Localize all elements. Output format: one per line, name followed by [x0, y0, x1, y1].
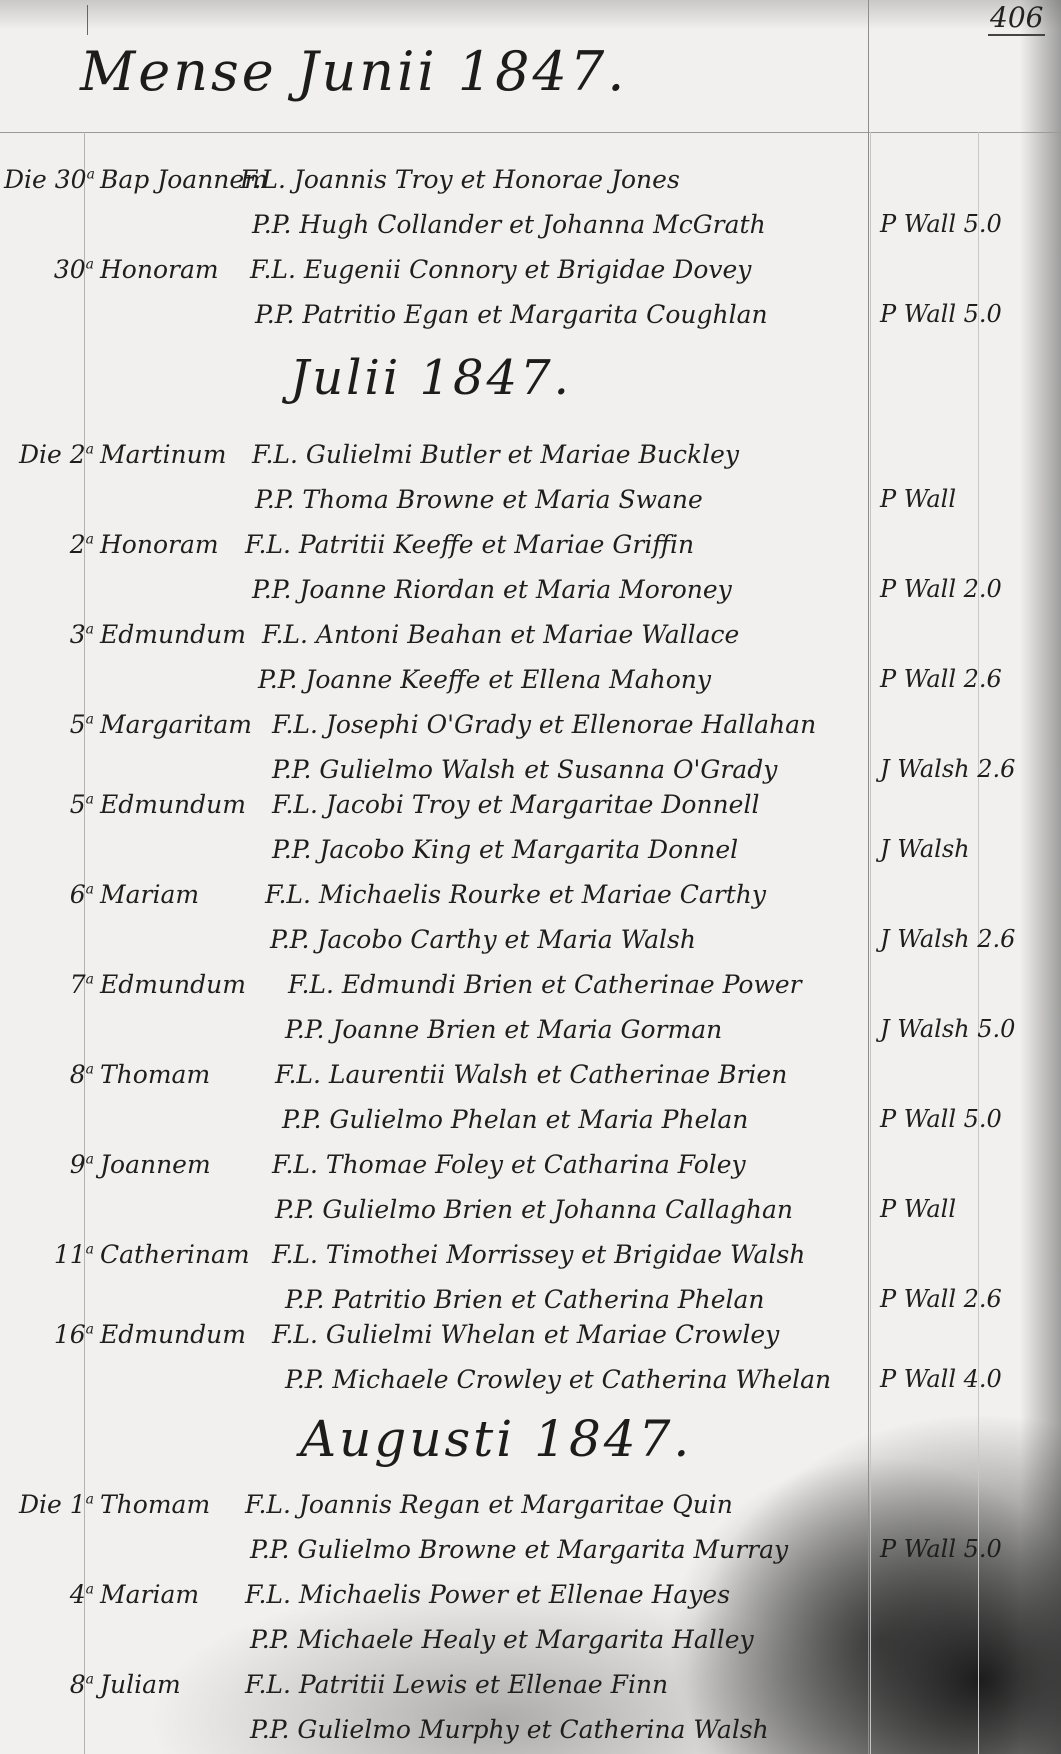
entry-child-name: Juliam — [100, 1670, 181, 1699]
entry-parents: F.L. Patritii Keeffe et Mariae Griffin — [245, 530, 694, 559]
entry-parents: F.L. Timothei Morrissey et Brigidae Wals… — [272, 1240, 805, 1269]
entry-priest-fee: J Walsh 2.6 — [880, 925, 1015, 953]
entry-date: Die 1a — [4, 1490, 94, 1519]
entry-priest-fee: J Walsh 2.6 — [880, 755, 1015, 783]
entry-date: 5a — [4, 710, 94, 739]
register-entry: 5a Margaritam F.L. Josephi O'Grady et El… — [0, 710, 1061, 800]
entry-parents: F.L. Gulielmi Whelan et Mariae Crowley — [272, 1320, 779, 1349]
entry-sponsors: P.P. Joanne Brien et Maria Gorman — [285, 1015, 722, 1044]
register-entry: 5a Edmundum F.L. Jacobi Troy et Margarit… — [0, 790, 1061, 880]
register-entry: 4a Mariam F.L. Michaelis Power et Ellena… — [0, 1580, 1061, 1670]
entry-child-name: Honoram — [100, 255, 219, 284]
entry-parents: F.L. Michaelis Rourke et Mariae Carthy — [265, 880, 766, 909]
entry-priest-fee: P Wall 5.0 — [880, 1535, 1002, 1563]
entry-sponsors: P.P. Jacobo Carthy et Maria Walsh — [270, 925, 696, 954]
register-entry: Die 30a Bap Joannem F.L. Joannis Troy et… — [0, 165, 1061, 255]
entry-date: 5a — [4, 790, 94, 819]
entry-sponsors: P.P. Hugh Collander et Johanna McGrath — [252, 210, 766, 239]
entry-parents: F.L. Laurentii Walsh et Catherinae Brien — [275, 1060, 787, 1089]
entry-sponsors: P.P. Michaele Crowley et Catherina Whela… — [285, 1365, 831, 1394]
register-entry: 8a Thomam F.L. Laurentii Walsh et Cather… — [0, 1060, 1061, 1150]
entry-date: 4a — [4, 1580, 94, 1609]
entry-child-name: Mariam — [100, 880, 199, 909]
register-entry: 9a Joannem F.L. Thomae Foley et Catharin… — [0, 1150, 1061, 1240]
page-number: 406 — [988, 2, 1045, 36]
entry-date: Die 2a — [4, 440, 94, 469]
entry-sponsors: P.P. Thoma Browne et Maria Swane — [255, 485, 703, 514]
entry-sponsors: P.P. Joanne Keeffe et Ellena Mahony — [258, 665, 711, 694]
entry-date: 16a — [4, 1320, 94, 1349]
entry-sponsors: P.P. Gulielmo Browne et Margarita Murray — [250, 1535, 788, 1564]
entry-priest-fee: P Wall — [880, 485, 956, 513]
entry-sponsors: P.P. Joanne Riordan et Maria Moroney — [252, 575, 732, 604]
entry-parents: F.L. Gulielmi Butler et Mariae Buckley — [252, 440, 739, 469]
entry-parents: F.L. Edmundi Brien et Catherinae Power — [288, 970, 802, 999]
month-header-july: Julii 1847. — [290, 350, 572, 406]
register-entry: Die 1a Thomam F.L. Joannis Regan et Marg… — [0, 1490, 1061, 1580]
entry-parents: F.L. Eugenii Connory et Brigidae Dovey — [250, 255, 751, 284]
entry-child-name: Edmundum — [100, 970, 246, 999]
entry-date: 6a — [4, 880, 94, 909]
entry-priest-fee: P Wall 5.0 — [880, 300, 1002, 328]
entry-priest-fee: P Wall 5.0 — [880, 210, 1002, 238]
register-entry: 3a Edmundum F.L. Antoni Beahan et Mariae… — [0, 620, 1061, 710]
entry-date: Die 30a — [4, 165, 94, 194]
entry-sponsors: P.P. Gulielmo Murphy et Catherina Walsh — [250, 1715, 769, 1744]
entry-child-name: Edmundum — [100, 1320, 246, 1349]
register-entry: 7a Edmundum F.L. Edmundi Brien et Cather… — [0, 970, 1061, 1060]
entry-parents: F.L. Thomae Foley et Catharina Foley — [272, 1150, 746, 1179]
entry-parents: F.L. Josephi O'Grady et Ellenorae Hallah… — [272, 710, 816, 739]
month-header-august: Augusti 1847. — [300, 1410, 692, 1468]
register-page: 406 Mense Junii 1847. Julii 1847. August… — [0, 0, 1061, 1754]
entry-date: 7a — [4, 970, 94, 999]
register-entry: 8a Juliam F.L. Patritii Lewis et Ellenae… — [0, 1670, 1061, 1754]
entry-child-name: Thomam — [100, 1060, 210, 1089]
entry-priest-fee: P Wall 2.0 — [880, 575, 1002, 603]
entry-priest-fee: P Wall 2.6 — [880, 665, 1002, 693]
register-entry: 30a Honoram F.L. Eugenii Connory et Brig… — [0, 255, 1061, 345]
entry-date: 11a — [4, 1240, 94, 1269]
entry-child-name: Edmundum — [100, 620, 246, 649]
entry-child-name: Thomam — [100, 1490, 210, 1519]
entry-parents: F.L. Joannis Regan et Margaritae Quin — [245, 1490, 733, 1519]
entry-date: 30a — [4, 255, 94, 284]
entry-child-name: Mariam — [100, 1580, 199, 1609]
entry-date: 9a — [4, 1150, 94, 1179]
entry-child-name: Martinum — [100, 440, 226, 469]
register-entry: 16a Edmundum F.L. Gulielmi Whelan et Mar… — [0, 1320, 1061, 1410]
entry-parents: F.L. Michaelis Power et Ellenae Hayes — [245, 1580, 730, 1609]
entry-child-name: Margaritam — [100, 710, 252, 739]
entry-priest-fee: P Wall 4.0 — [880, 1365, 1002, 1393]
header-rule — [0, 132, 1061, 133]
entry-sponsors: P.P. Gulielmo Walsh et Susanna O'Grady — [272, 755, 777, 784]
entry-parents: F.L. Jacobi Troy et Margaritae Donnell — [272, 790, 759, 819]
entry-child-name: Joannem — [100, 1150, 211, 1179]
register-entry: 6a Mariam F.L. Michaelis Rourke et Maria… — [0, 880, 1061, 970]
entry-date: 8a — [4, 1060, 94, 1089]
register-entry: 11a Catherinam F.L. Timothei Morrissey e… — [0, 1240, 1061, 1330]
entry-parents: F.L. Antoni Beahan et Mariae Wallace — [262, 620, 739, 649]
entry-date: 2a — [4, 530, 94, 559]
entry-sponsors: P.P. Gulielmo Phelan et Maria Phelan — [282, 1105, 748, 1134]
entry-child-name: Catherinam — [100, 1240, 250, 1269]
entry-child-name: Honoram — [100, 530, 219, 559]
entry-date: 8a — [4, 1670, 94, 1699]
entry-priest-fee: J Walsh 5.0 — [880, 1015, 1015, 1043]
entry-sponsors: P.P. Michaele Healy et Margarita Halley — [250, 1625, 754, 1654]
register-entry: Die 2a Martinum F.L. Gulielmi Butler et … — [0, 440, 1061, 530]
entry-sponsors: P.P. Jacobo King et Margarita Donnel — [272, 835, 738, 864]
entry-child-name: Edmundum — [100, 790, 246, 819]
entry-parents: F.L. Patritii Lewis et Ellenae Finn — [245, 1670, 668, 1699]
entry-date: 3a — [4, 620, 94, 649]
entry-sponsors: P.P. Patritio Brien et Catherina Phelan — [285, 1285, 765, 1314]
entry-sponsors: P.P. Gulielmo Brien et Johanna Callaghan — [275, 1195, 793, 1224]
entry-priest-fee: P Wall 2.6 — [880, 1285, 1002, 1313]
top-mark-rule — [87, 5, 88, 35]
entry-parents: F.L. Joannis Troy et Honorae Jones — [240, 165, 680, 194]
entry-priest-fee: P Wall — [880, 1195, 956, 1223]
entry-priest-fee: J Walsh — [880, 835, 970, 863]
register-entry: 2a Honoram F.L. Patritii Keeffe et Maria… — [0, 530, 1061, 620]
entry-priest-fee: P Wall 5.0 — [880, 1105, 1002, 1133]
entry-sponsors: P.P. Patritio Egan et Margarita Coughlan — [255, 300, 768, 329]
month-header-june: Mense Junii 1847. — [80, 40, 627, 103]
